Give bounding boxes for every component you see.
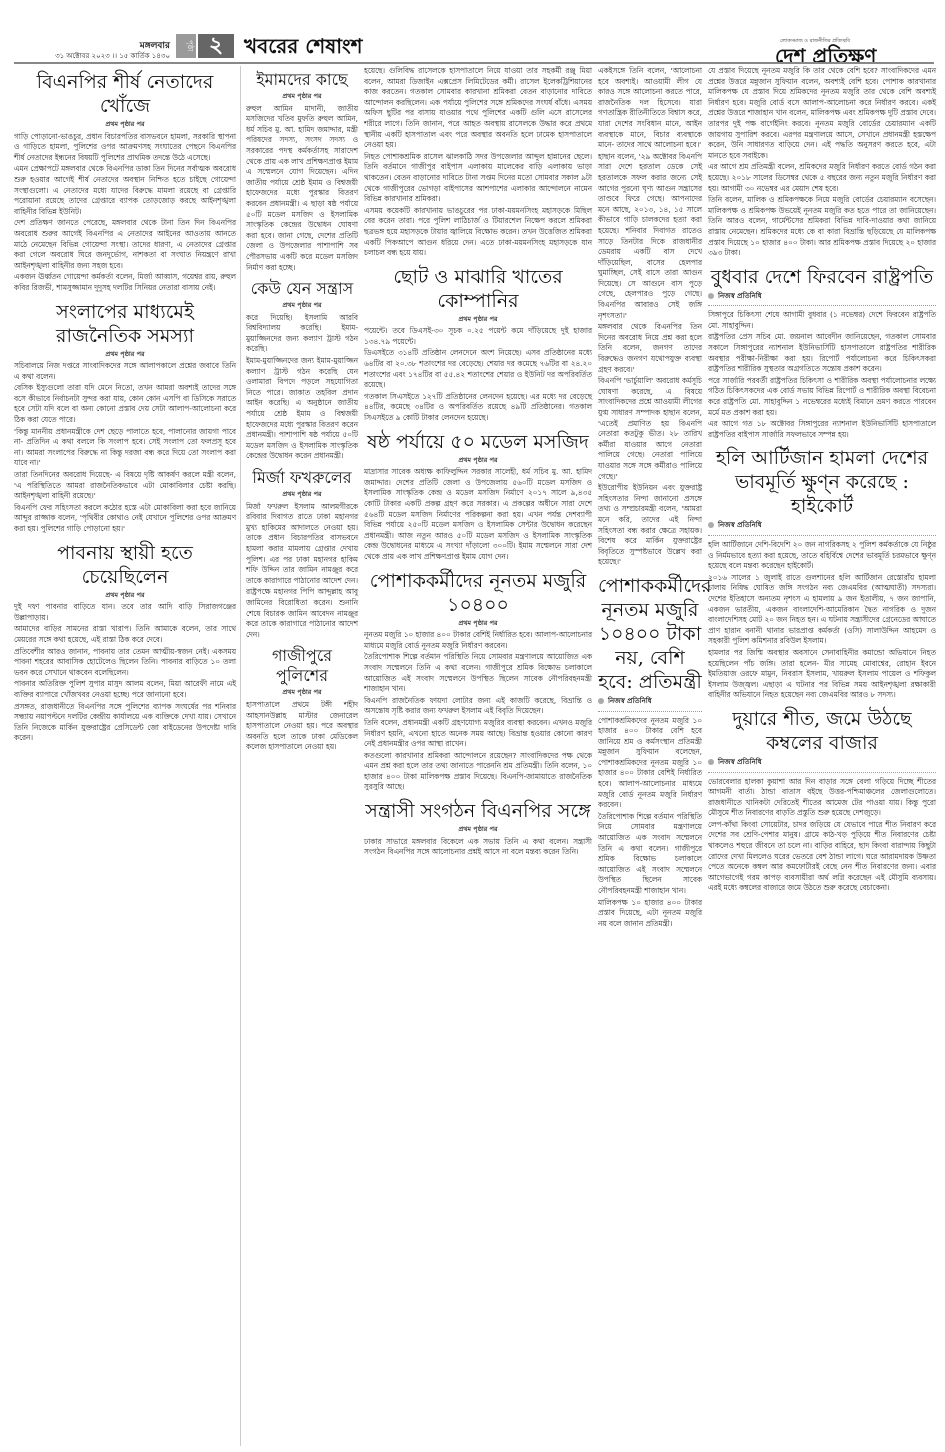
- paragraph: দুই দফা পাবনার বাড়িতে যান। তবে তার আদি …: [14, 602, 236, 623]
- paragraph: রাষ্ট্রপতির প্রেস সচিব মো. জয়নাল আবেদীন…: [708, 332, 936, 374]
- bullet-icon: [708, 522, 714, 528]
- paragraph: পরে সার্জারি পরবর্তী রাষ্ট্রপতির চিকিৎসা…: [708, 376, 936, 418]
- headline: গাজীপুরে পুলিশের: [246, 646, 358, 686]
- paragraph: এর আগে গত ১৮ অক্টোবর সিঙ্গাপুরের ন্যাশনা…: [708, 419, 936, 440]
- headline: ষষ্ঠ পর্যায়ে ৫০ মডেল মসজিদ: [364, 430, 592, 454]
- paragraph: আমাদের বাড়ির সামনের রাস্তা খারাপ। তিনি …: [14, 624, 236, 645]
- paragraph: করে দিয়েছি। ইসলামি আরবি বিশ্ববিদ্যালয় …: [246, 313, 358, 355]
- story-terror-org: সন্ত্রাসী সংগঠন বিএনপির সঙ্গে প্রথম পৃষ্…: [364, 799, 592, 858]
- headline: সংলাপের মাধ্যমেই রাজনৈতিক সমস্যা: [14, 300, 236, 348]
- paragraph: একজন ঊর্ধ্বতন গোয়েন্দা কর্মকর্তা বলেন, …: [14, 272, 236, 293]
- paragraph: পোশাকশ্রমিকদের নূনতম মজুরি ১০ হাজার ৪০০ …: [598, 716, 702, 811]
- paragraph: তিনি বলেন, প্রধানমন্ত্রী একটি গ্রহণযোগ্য…: [364, 718, 592, 750]
- paragraph: রাষ্ট্রপক্ষে মহানগর পিপি আব্দুল্লাহ আবু …: [246, 587, 358, 640]
- continuation-label: প্রথম পৃষ্ঠার পর: [14, 119, 236, 130]
- continuation-label: প্রথম পৃষ্ঠার পর: [246, 91, 358, 102]
- paragraph: গতকাল সিএসইতে ১২৭টি প্রতিষ্ঠানের লেনদেন …: [364, 392, 592, 424]
- story-gazipur-police: গাজীপুরে পুলিশের প্রথম পৃষ্ঠার পর হাসপাত…: [246, 646, 358, 753]
- continuation-label: প্রথম পৃষ্ঠার পর: [246, 687, 358, 698]
- paragraph: পয়েন্টে। তবে ডিএসই-৩০ সূচক ০.২৫ পয়েন্ট…: [364, 326, 592, 347]
- paragraph: মাদ্রাসার সাবেক অধ্যক্ষ কাফিলুদ্দিন সরকা…: [364, 467, 592, 562]
- story-worker-killed: হয়েছে। গুলিবিদ্ধ রাসেলকে হাসপাতালে নিয়…: [364, 66, 592, 259]
- paragraph: তিনি বলেন, মালিক ও শ্রমিকপক্ষকে নিয়ে মজ…: [708, 195, 936, 259]
- story-terror: কেউ যেন সন্ত্রাস প্রথম পৃষ্ঠার পর করে দি…: [246, 279, 358, 462]
- paragraph: এসময় কয়েকটি কারখানায় ভাঙচুরের পর ঢাকা…: [364, 206, 592, 259]
- column-narrow-1: ইমামদের কাছে প্রথম পৃষ্ঠার পর রুহুল আমিন…: [246, 66, 358, 759]
- paragraph: তৈরিপোশাক শিল্পে বর্তমান পরিস্থিতি নিয়ে…: [364, 652, 592, 694]
- story-bnp-leaders: বিএনপির শীর্ষ নেতাদের খোঁজে প্রথম পৃষ্ঠা…: [14, 70, 236, 294]
- headline: কেউ যেন সন্ত্রাস: [246, 279, 358, 299]
- paragraph: এমন প্রেক্ষাপটে মঙ্গলবার থেকে বিএনপির ডা…: [14, 164, 236, 217]
- paragraph: ইমাম-মুয়াজ্জিনদের জন্য ইমাম-মুয়াজ্জিন …: [246, 356, 358, 462]
- paragraph: বেসিক ইস্যুগুলো তারা যদি মেনে নিতো, তখন …: [14, 383, 236, 425]
- headline: বুধবার দেশে ফিরবেন রাষ্ট্রপতি: [708, 265, 936, 289]
- continuation-label: প্রথম পৃষ্ঠার পর: [364, 618, 592, 629]
- page-tag: পৃষ্ঠা: [176, 34, 196, 58]
- story-dialogue: সংলাপের মাধ্যমেই রাজনৈতিক সমস্যা প্রথম প…: [14, 300, 236, 535]
- page-number: ২: [198, 34, 234, 58]
- story-min-wage: পোশাককর্মীদের নূনতম মজুরি ১০৪০০ প্রথম পৃ…: [364, 569, 592, 794]
- story-holey-artisan: হলি আর্টিজান হামলা দেশের ভাবমূর্তি ক্ষুণ…: [708, 446, 936, 701]
- continuation-label: প্রথম পৃষ্ঠার পর: [246, 300, 358, 311]
- section-title: খবরের শেষাংশ: [244, 32, 363, 65]
- paragraph: তারা তিনদিনের অবরোধ দিয়েছে- এ বিষয়ে দৃ…: [14, 470, 236, 502]
- continuation-label: প্রথম পৃষ্ঠার পর: [364, 824, 592, 835]
- paragraph: মির্জা ফখরুল ইসলাম আলমগীরকে রবিবার দিবাগ…: [246, 502, 358, 587]
- bullet-icon: [708, 759, 714, 765]
- paragraph: হয়েছে। গুলিবিদ্ধ রাসেলকে হাসপাতালে নিয়…: [364, 66, 592, 151]
- paragraph: ইউরোপীয় ইউনিয়ন এবং যুক্তরাষ্ট্র সহিংসত…: [598, 483, 702, 568]
- column-left: বিএনপির শীর্ষ নেতাদের খোঁজে প্রথম পৃষ্ঠা…: [14, 66, 236, 750]
- bullet-icon: [598, 698, 604, 704]
- continuation-label: প্রথম পৃষ্ঠার পর: [14, 590, 236, 601]
- story-sme-companies: ছোট ও মাঝারি খাতের কোম্পানির প্রথম পৃষ্ঠ…: [364, 265, 592, 424]
- story-fakhrul: মির্জা ফখরুলের প্রথম পৃষ্ঠার পর মির্জা ফ…: [246, 468, 358, 640]
- paragraph: যে প্রস্তাব দিয়েছে নূনতম মজুরি কি তার থ…: [708, 66, 936, 161]
- continuation-label: প্রথম পৃষ্ঠার পর: [246, 489, 358, 500]
- page-masthead: মঙ্গলবার ৩১ অক্টোবর ২০২৩ ।। ১৫ কার্তিক ১…: [0, 0, 945, 58]
- paragraph: সিঙ্গাপুরে চিকিৎসা শেষে আগামী বুধবার (১ …: [708, 310, 936, 331]
- headline: পোশাককর্মীদের নূনতম মজুরি ১০৪০০ টাকা নয়…: [598, 574, 702, 694]
- paragraph: মঙ্গলবার থেকে বিএনপির তিন দিনের অবরোধ নি…: [598, 322, 702, 375]
- paragraph: বিএনপি রাজনৈতিক ফায়দা লোটার জন্য এই কাজ…: [364, 696, 592, 717]
- headline: পাবনায় স্থায়ী হতে চেয়েছিলেন: [14, 541, 236, 589]
- paragraph: হাসপাতালে প্রথমে টঙ্গী শহীদ আহসানউল্লাহ …: [246, 700, 358, 753]
- continuation-label: প্রথম পৃষ্ঠার পর: [364, 455, 592, 466]
- paragraph: কতগুলো কারখানার শ্রমিকরা আন্দোলনে রয়েছে…: [364, 751, 592, 793]
- paragraph: ঢাকার সাভারে মঙ্গলবার বিকেলে এক সভায় তি…: [364, 837, 592, 858]
- story-pabna: পাবনায় স্থায়ী হতে চেয়েছিলেন প্রথম পৃষ…: [14, 541, 236, 744]
- continuation-label: প্রথম পৃষ্ঠার পর: [364, 314, 592, 325]
- paragraph: বিএনপি 'ভার্চুয়ালি' অবরোধ কর্মসূচি ঘোষণ…: [598, 376, 702, 482]
- paragraph: নূনতম মজুরি ১০ হাজার ৪০০ টাকার বেশিই নির…: [364, 630, 592, 651]
- column-narrow-2: একইসঙ্গে তিনি বলেন, 'আলোচনা হবে অবশ্যই। …: [598, 66, 702, 935]
- paragraph: সচিবালয়ে নিজ দপ্তরে সাংবাদিকদের সঙ্গে আ…: [14, 361, 236, 382]
- headline: দুয়ারে শীত, জমে উঠছে কম্বলের বাজার: [708, 707, 936, 755]
- byline: নিজস্ব প্রতিনিধি: [708, 520, 936, 536]
- byline: নিজস্ব প্রতিনিধি: [708, 757, 936, 773]
- bullet-icon: [708, 293, 714, 299]
- paragraph: দেশ প্রতিক্ষণ জানতে পেরেছে, মঙ্গলবার থেক…: [14, 218, 236, 271]
- column-right: যে প্রস্তাব দিয়েছে নূনতম মজুরি কি তার থ…: [708, 66, 936, 900]
- masthead-date: ৩১ অক্টোবর ২০২৩ ।। ১৫ কার্তিক ১৪৩০: [20, 50, 170, 62]
- headline: ছোট ও মাঝারি খাতের কোম্পানির: [364, 265, 592, 313]
- story-blanket-market: দুয়ারে শীত, জমে উঠছে কম্বলের বাজার নিজস…: [708, 707, 936, 894]
- byline: নিজস্ব প্রতিনিধি: [708, 291, 936, 307]
- paragraph: 'কিন্তু মাননীয় প্রধানমন্ত্রীকে দেশ ছেড়…: [14, 427, 236, 469]
- paragraph: নিহত পোশাকশ্রমিক রাসেল ঝালকাঠি সদর উপজেল…: [364, 152, 592, 205]
- paragraph: হাছান বলেন, '২৯ অক্টোবর বিএনপি সারা দেশে…: [598, 152, 702, 322]
- story-model-mosques: ষষ্ঠ পর্যায়ে ৫০ মডেল মসজিদ প্রথম পৃষ্ঠা…: [364, 430, 592, 563]
- continuation-label: প্রথম পৃষ্ঠার পর: [14, 349, 236, 360]
- story-hasan-dialogue: একইসঙ্গে তিনি বলেন, 'আলোচনা হবে অবশ্যই। …: [598, 66, 702, 568]
- paragraph: এর আগে শ্রম প্রতিমন্ত্রী বলেন, শ্রমিকদের…: [708, 162, 936, 194]
- column-divider: [240, 66, 241, 1446]
- masthead-divider: [14, 62, 934, 64]
- headline: ইমামদের কাছে: [246, 70, 358, 90]
- story-garment-wage-minister: পোশাককর্মীদের নূনতম মজুরি ১০৪০০ টাকা নয়…: [598, 574, 702, 929]
- paragraph: পাবনার অতিরিক্ত পুলিশ সুপার মাসুদ আলম বল…: [14, 679, 236, 700]
- paragraph: ভোরবেলার হালকা কুয়াশা আর দিন বাড়ার সঙ্…: [708, 777, 936, 819]
- paragraph: হামলার পর জিম্মি অবস্থার অবসানে সেনাবাহি…: [708, 648, 936, 701]
- paragraph: মালিকপক্ষ ১০ হাজার ৪০০ টাকার প্রস্তাব দি…: [598, 898, 702, 930]
- story-president-return: বুধবার দেশে ফিরবেন রাষ্ট্রপতি নিজস্ব প্র…: [708, 265, 936, 441]
- headline: হলি আর্টিজান হামলা দেশের ভাবমূর্তি ক্ষুণ…: [708, 446, 936, 518]
- headline: পোশাককর্মীদের নূনতম মজুরি ১০৪০০: [364, 569, 592, 617]
- paragraph: রুহুল আমিন মাদানী, জাতীয় মসজিদের খতিব ম…: [246, 104, 358, 274]
- paragraph: বিএনপি ফের সহিংসতা করলে কঠোর হস্তে এটা ম…: [14, 503, 236, 535]
- paragraph: গাড়ি পোড়ানো-ভাঙচুর, প্রধান বিচারপতির ব…: [14, 132, 236, 164]
- paragraph: একইসঙ্গে তিনি বলেন, 'আলোচনা হবে অবশ্যই। …: [598, 66, 702, 151]
- paragraph: ডিএসইতে ৩১৪টি প্রতিষ্ঠান লেনদেনে অংশ নিয…: [364, 348, 592, 390]
- headline: বিএনপির শীর্ষ নেতাদের খোঁজে: [14, 70, 236, 118]
- paragraph: তৈরিপোশাক শিল্পে বর্তমান পরিস্থিতি নিয়ে…: [598, 812, 702, 897]
- headline: সন্ত্রাসী সংগঠন বিএনপির সঙ্গে: [364, 799, 592, 823]
- story-imams: ইমামদের কাছে প্রথম পৃষ্ঠার পর রুহুল আমিন…: [246, 70, 358, 273]
- paragraph: প্রতিবেশীর আরও জানান, পাবনায় তার তেমন আ…: [14, 647, 236, 679]
- paragraph: ২০১৬ সালের ১ জুলাই রাতে গুলশানের হলি আর্…: [708, 573, 936, 647]
- paragraph: প্রসঙ্গত, রাজধানীতে বিএনপির সঙ্গে পুলিশে…: [14, 702, 236, 744]
- paragraph: লেপ-কাঁথা কিংবা সোয়েটার, চাদর জড়িয়ে য…: [708, 820, 936, 894]
- byline: নিজস্ব প্রতিনিধি: [598, 696, 702, 712]
- headline: মির্জা ফখরুলের: [246, 468, 358, 488]
- paragraph: হলি আর্টিজানে দেশি-বিদেশি ২০ জন নাগরিকসহ…: [708, 540, 936, 572]
- story-wage-cont: যে প্রস্তাব দিয়েছে নূনতম মজুরি কি তার থ…: [708, 66, 936, 259]
- column-middle: হয়েছে। গুলিবিদ্ধ রাসেলকে হাসপাতালে নিয়…: [364, 66, 592, 864]
